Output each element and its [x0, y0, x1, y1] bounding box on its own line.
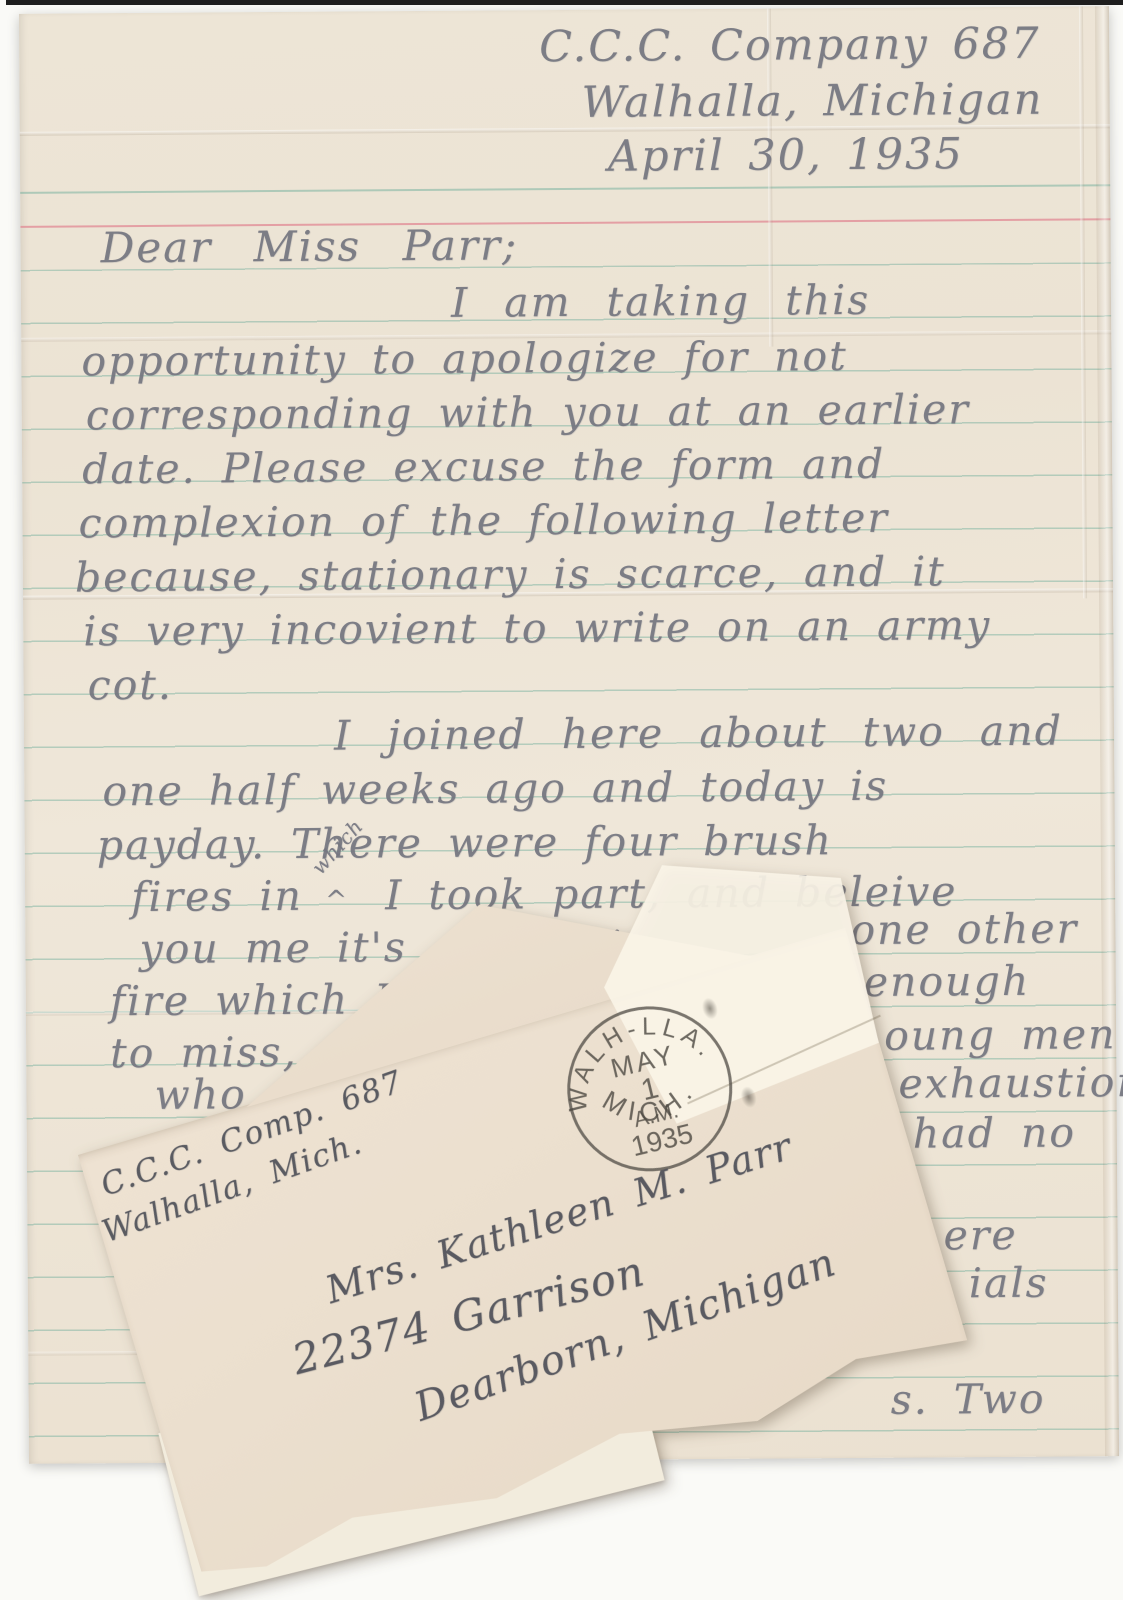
letter-heading-place: Walhalla, Michigan — [581, 79, 1043, 125]
body-line-19-right: ials — [969, 1263, 1049, 1305]
body-line-4: date. Please excuse the form and — [82, 444, 885, 491]
letter-heading-date: April 30, 1935 — [608, 133, 964, 178]
body-line-17-right: had no — [913, 1112, 1077, 1154]
salutation: Dear Miss Parr; — [100, 224, 518, 269]
ruled-line-top — [20, 184, 1110, 193]
body-line-14-right: enough — [864, 961, 1031, 1003]
body-line-6: because, stationary is scarce, and it — [75, 551, 946, 598]
body-line-10: one half weeks ago and today is — [102, 766, 888, 812]
body-line-20-right: s. Two — [891, 1379, 1046, 1421]
scan-edge-strip — [6, 0, 1123, 5]
body-line-8: cot. — [88, 665, 173, 707]
body-line-13-right: one other — [850, 908, 1078, 951]
body-line-16-right: exhaustion. — [898, 1062, 1123, 1105]
insertion-caret: ^ — [325, 888, 349, 914]
body-line-1: I am taking this — [451, 280, 870, 324]
body-line-18-right: ere — [943, 1215, 1017, 1257]
body-line-9: I joined here about two and — [334, 711, 1063, 757]
body-line-11: payday. There were four brush — [97, 820, 833, 866]
body-line-2: opportunity to apologize for not — [81, 336, 847, 382]
body-line-5: complexion of the following letter — [78, 498, 889, 545]
body-line-7: is very incovient to write on an army — [83, 605, 991, 652]
body-line-15-right: oung men — [884, 1014, 1117, 1057]
letter-heading-company: C.C.C. Company 687 — [539, 23, 1041, 69]
body-line-12-start: fires in — [131, 876, 303, 918]
body-line-3: corresponding with you at an earlier — [86, 389, 970, 436]
